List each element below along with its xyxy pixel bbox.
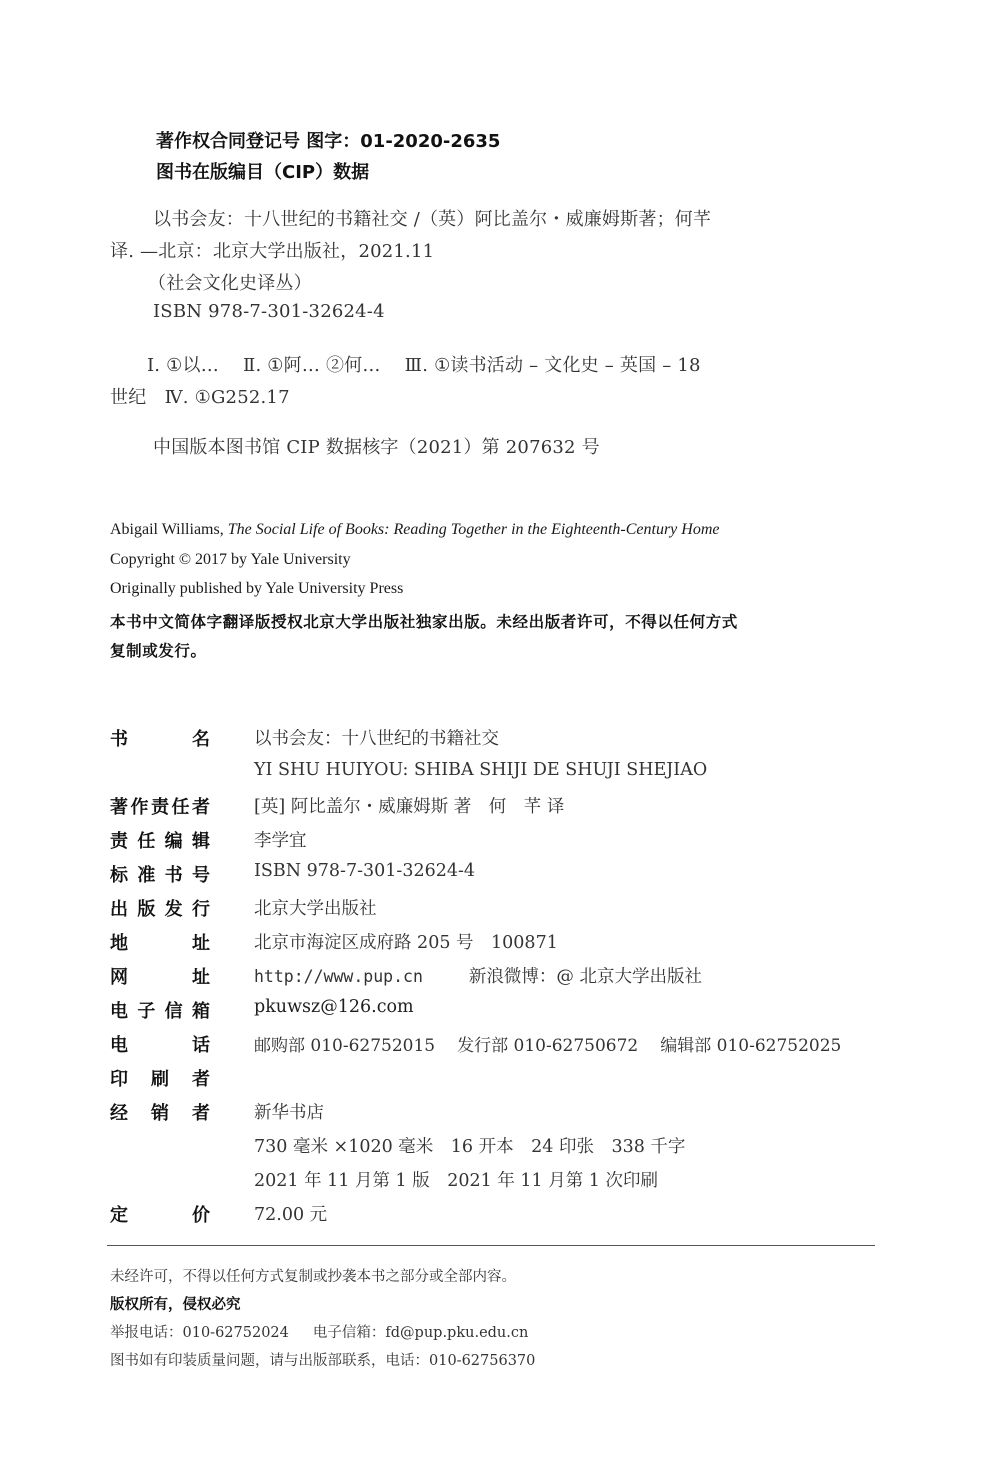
value-address: 北京市海淀区成府路 205 号 100871 bbox=[254, 929, 558, 954]
cip-heading: 图书在版编目（CIP）数据 bbox=[156, 158, 369, 184]
label-distributor: 经 销 者 bbox=[110, 1099, 210, 1125]
footer-all-rights-reserved: 版权所有，侵权必究 bbox=[110, 1293, 241, 1314]
value-format: 730 毫米 ×1020 毫米 16 开本 24 印张 338 千字 bbox=[254, 1133, 685, 1158]
cip-line-1: 以书会友：十八世纪的书籍社交 /（英）阿比盖尔・威廉姆斯著；何芊 bbox=[153, 205, 711, 231]
label-book-title: 书 名 bbox=[110, 725, 210, 751]
value-edition: 2021 年 11 月第 1 版 2021 年 11 月第 1 次印刷 bbox=[254, 1167, 658, 1192]
original-work-line: Abigail Williams, The Social Life of Boo… bbox=[110, 521, 720, 539]
value-isbn: ISBN 978-7-301-32624-4 bbox=[254, 861, 475, 881]
footer-quality-notice: 图书如有印装质量问题，请与出版部联系，电话：010-62756370 bbox=[110, 1349, 535, 1370]
cip-line-2: 译. —北京：北京大学出版社，2021.11 bbox=[110, 237, 434, 263]
value-phone-row: 邮购部 010-62752015发行部 010-62750672编辑部 010-… bbox=[254, 1031, 841, 1056]
cip-isbn: ISBN 978-7-301-32624-4 bbox=[153, 301, 385, 322]
report-email-label: 电子信箱： bbox=[313, 1325, 386, 1341]
value-publisher: 北京大学出版社 bbox=[254, 895, 377, 920]
phone-editorial: 编辑部 010-62752025 bbox=[660, 1036, 841, 1056]
copyright-line: Copyright © 2017 by Yale University bbox=[110, 551, 351, 569]
original-publisher-line: Originally published by Yale University … bbox=[110, 580, 403, 598]
license-statement-line-2: 复制或发行。 bbox=[110, 639, 207, 661]
label-email: 电 子 信 箱 bbox=[110, 997, 210, 1023]
copyright-registration-number: 著作权合同登记号 图字：01-2020-2635 bbox=[156, 127, 500, 153]
value-editor: 李学宜 bbox=[254, 827, 307, 852]
value-email[interactable]: pkuwsz@126.com bbox=[254, 997, 414, 1017]
original-title: The Social Life of Books: Reading Togeth… bbox=[228, 521, 720, 538]
weibo-handle: 新浪微博：@ 北京大学出版社 bbox=[469, 967, 702, 987]
label-phone: 电 话 bbox=[110, 1031, 210, 1057]
label-address: 地 址 bbox=[110, 929, 210, 955]
cip-series: （社会文化史译丛） bbox=[148, 269, 312, 295]
label-editor: 责 任 编 辑 bbox=[110, 827, 210, 853]
label-price: 定 价 bbox=[110, 1201, 210, 1227]
label-author: 著 作 责 任 者 bbox=[110, 793, 210, 819]
value-book-title-pinyin: YI SHU HUIYOU: SHIBA SHIJI DE SHUJI SHEJ… bbox=[254, 760, 707, 780]
cip-classification-line-2: 世纪 Ⅳ. ①G252.17 bbox=[110, 383, 290, 409]
cip-record-number: 中国版本图书馆 CIP 数据核字（2021）第 207632 号 bbox=[153, 433, 600, 459]
report-phone: 举报电话：010-62752024 bbox=[110, 1325, 289, 1341]
label-website: 网 址 bbox=[110, 963, 210, 989]
license-statement-line-1: 本书中文简体字翻译版授权北京大学出版社独家出版。未经出版者许可，不得以任何方式 bbox=[110, 610, 738, 632]
phone-mail-order: 邮购部 010-62752015 bbox=[254, 1036, 435, 1056]
original-author: Abigail Williams, bbox=[110, 521, 228, 538]
value-author: [英] 阿比盖尔・威廉姆斯 著 何 芊 译 bbox=[254, 793, 564, 818]
website-link[interactable]: http://www.pup.cn bbox=[254, 967, 423, 986]
phone-distribution: 发行部 010-62750672 bbox=[457, 1036, 638, 1056]
report-email-link[interactable]: fd@pup.pku.edu.cn bbox=[385, 1325, 528, 1341]
footer-reproduction-notice: 未经许可，不得以任何方式复制或抄袭本书之部分或全部内容。 bbox=[110, 1265, 516, 1286]
value-website-row: http://www.pup.cn新浪微博：@ 北京大学出版社 bbox=[254, 963, 702, 988]
value-book-title: 以书会友：十八世纪的书籍社交 bbox=[254, 725, 499, 750]
label-isbn: 标 准 书 号 bbox=[110, 861, 210, 887]
cip-classification-line-1: Ⅰ. ①以… Ⅱ. ①阿… ②何… Ⅲ. ①读书活动 – 文化史 – 英国 – … bbox=[147, 351, 701, 377]
value-distributor: 新华书店 bbox=[254, 1099, 324, 1124]
value-price: 72.00 元 bbox=[254, 1201, 327, 1226]
footer-divider bbox=[107, 1245, 875, 1246]
label-publisher: 出 版 发 行 bbox=[110, 895, 210, 921]
footer-report-line: 举报电话：010-62752024电子信箱：fd@pup.pku.edu.cn bbox=[110, 1321, 528, 1342]
label-printer: 印 刷 者 bbox=[110, 1065, 210, 1091]
